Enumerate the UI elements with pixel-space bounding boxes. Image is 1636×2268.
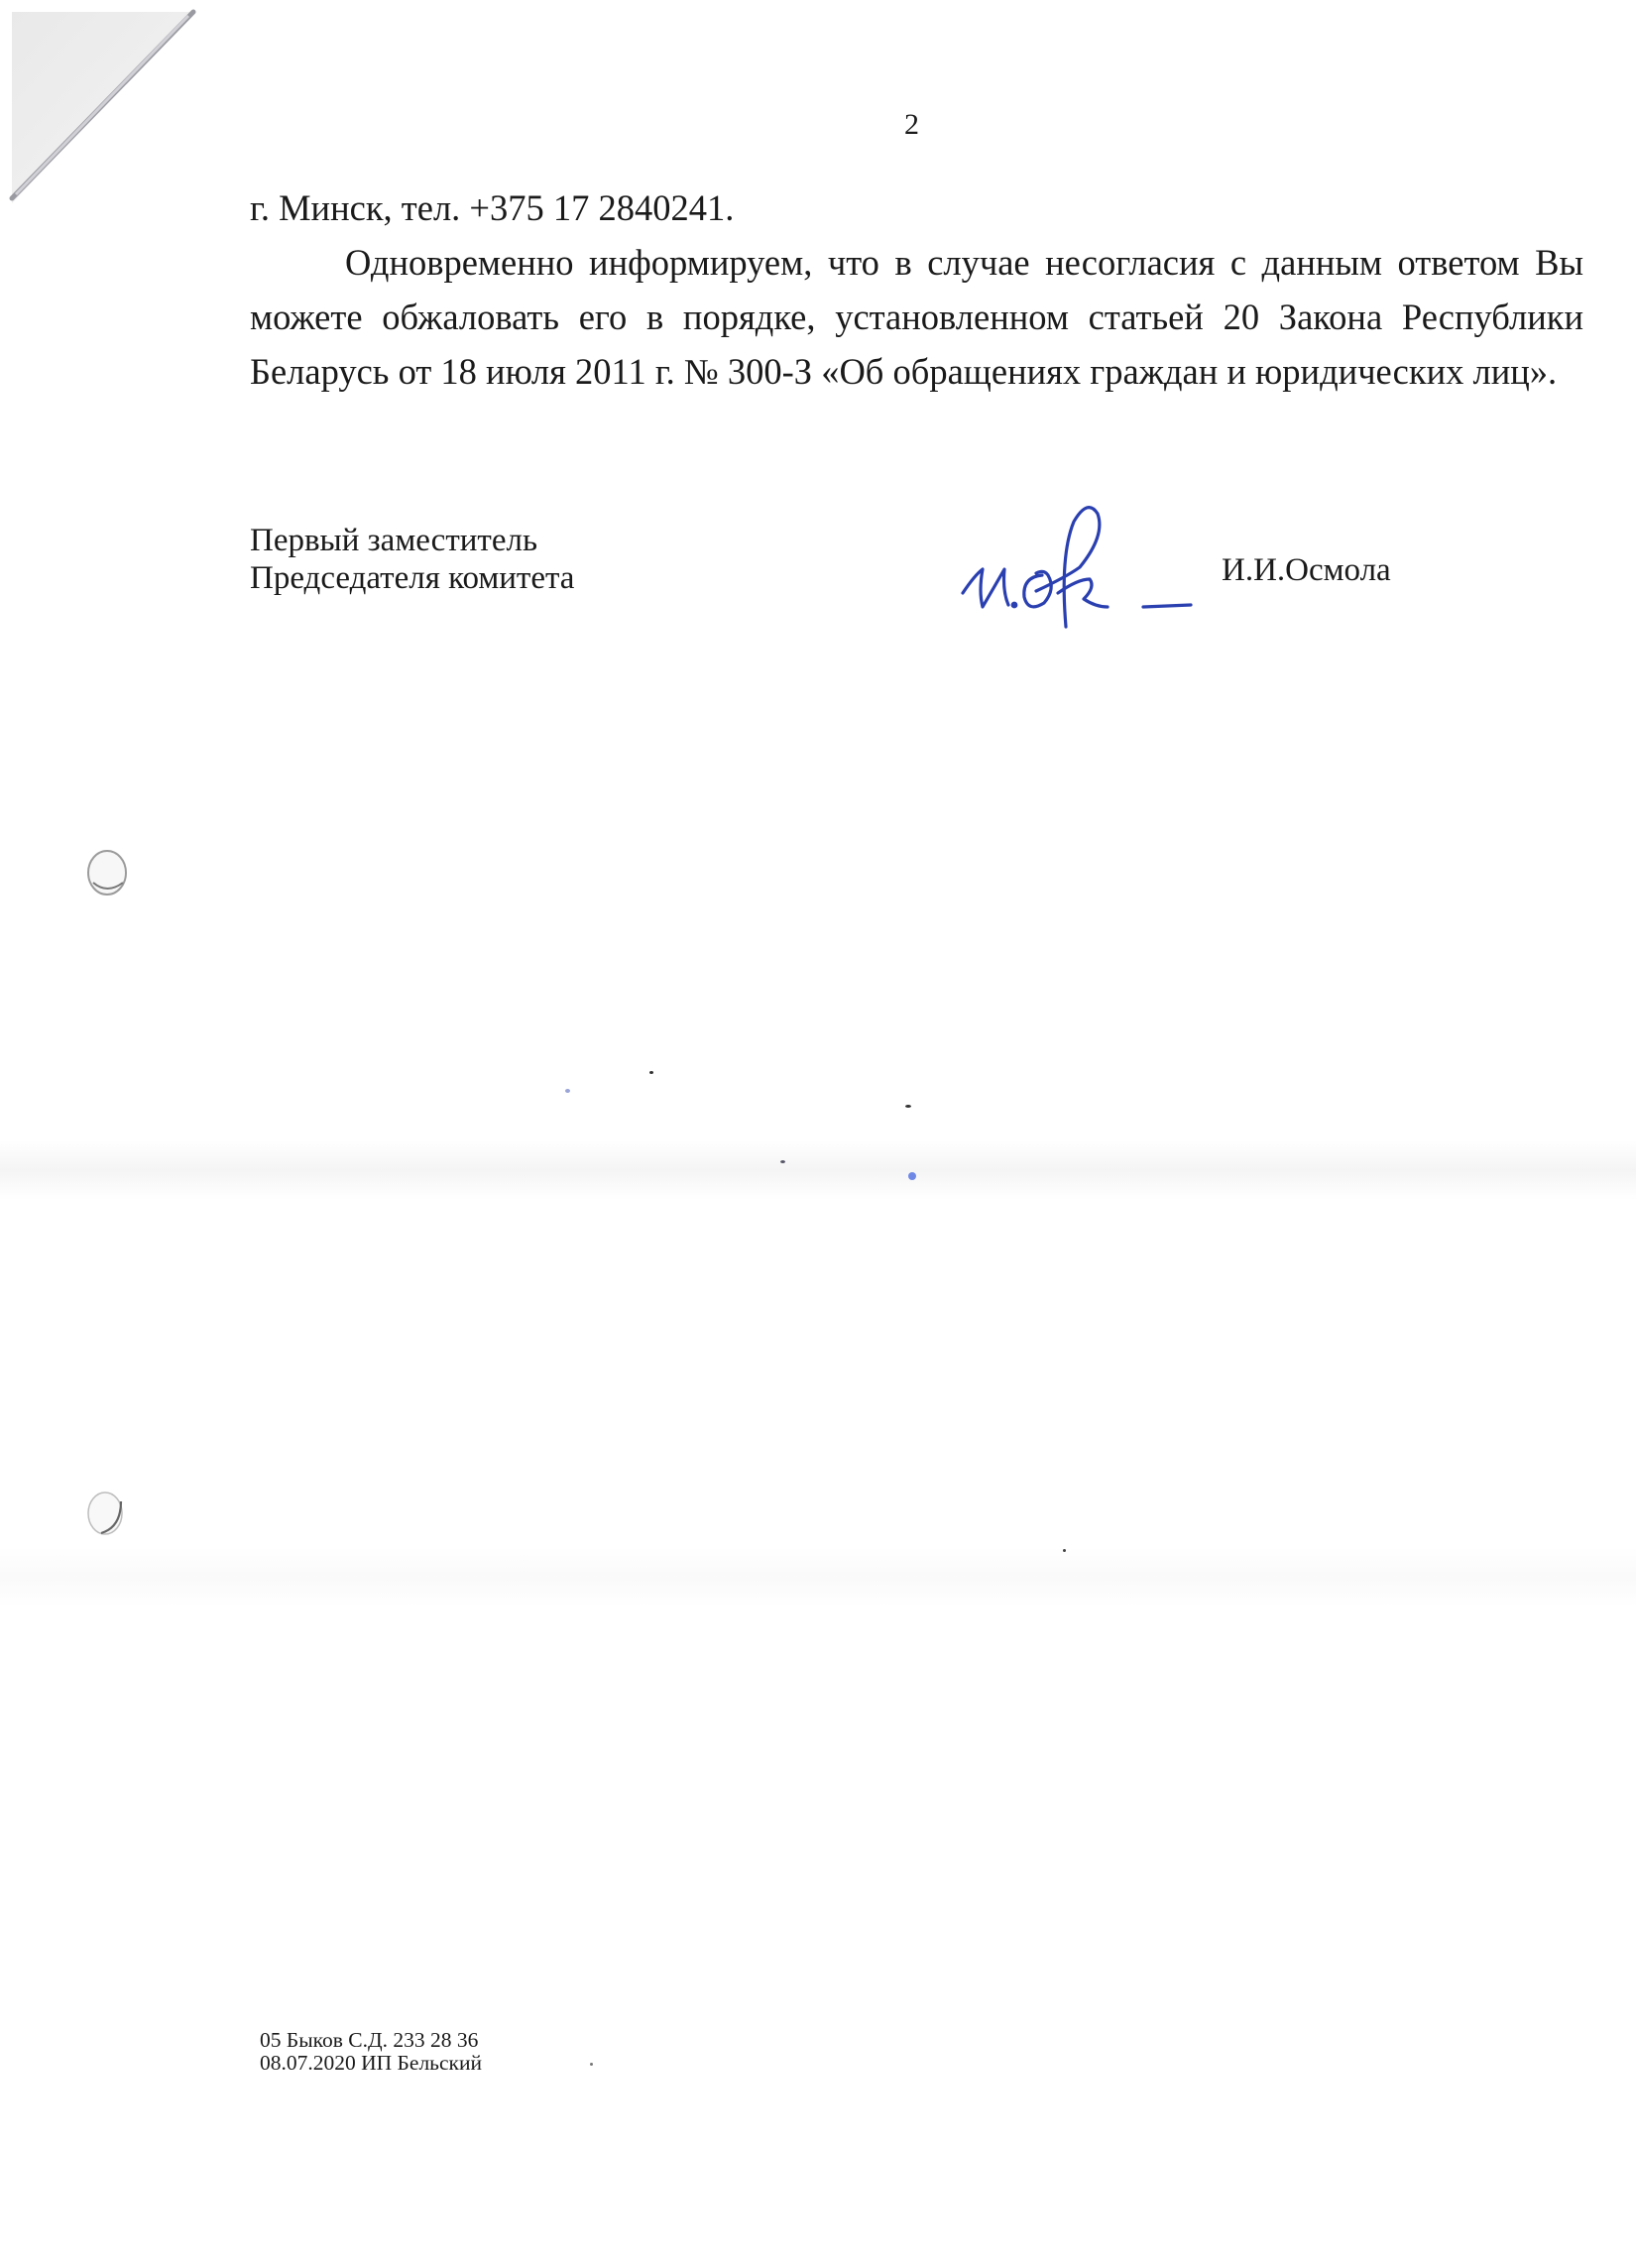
scan-speck [649,1071,653,1074]
scan-speck [590,2063,593,2066]
position-line-1: Первый заместитель [250,522,574,559]
executor-note: 05 Быков С.Д. 233 28 36 08.07.2020 ИП Бе… [260,2029,482,2075]
handwritten-signature-icon [957,496,1244,630]
punch-hole-icon [81,1486,133,1541]
position-line-2: Председателя комитета [250,559,574,597]
signer-name: И.И.Осмола [1222,551,1391,589]
scan-fold-band [0,1140,1636,1200]
folded-corner-icon [0,0,198,208]
scanned-letter-page: 2 г. Минск, тел. +375 17 2840241. Одновр… [0,0,1636,2268]
scan-speck [780,1160,785,1163]
scan-speck [1063,1549,1066,1552]
scan-speck [565,1089,570,1093]
appeal-paragraph: Одновременно информируем, что в случае н… [250,235,1583,399]
scan-speck [908,1172,916,1180]
signatory-position: Первый заместитель Председателя комитета [250,522,574,597]
punch-hole-icon [81,845,133,900]
letter-body: г. Минск, тел. +375 17 2840241. Одноврем… [250,180,1583,399]
date-line: 08.07.2020 ИП Бельский [260,2052,482,2075]
scan-fold-band [0,1547,1636,1607]
page-number: 2 [904,107,919,143]
scan-speck [905,1105,911,1108]
address-line: г. Минск, тел. +375 17 2840241. [250,180,1583,235]
executor-line: 05 Быков С.Д. 233 28 36 [260,2029,482,2052]
